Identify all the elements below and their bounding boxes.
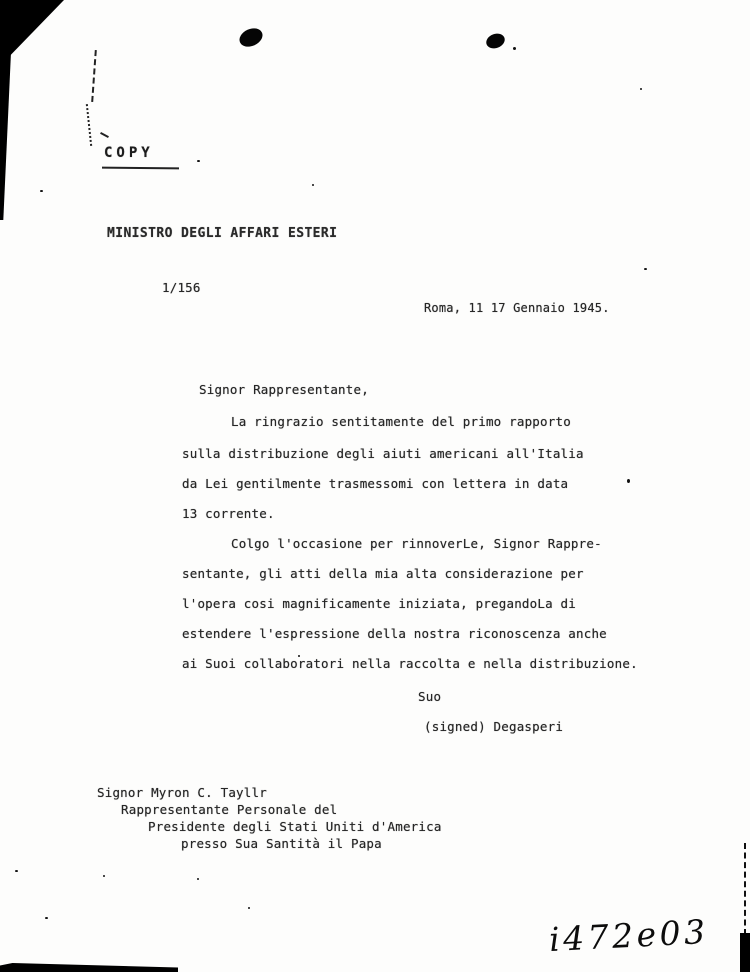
pen-squiggle-mark (100, 132, 109, 138)
body-line: La ringrazio sentitamente del primo rapp… (231, 415, 571, 429)
scan-edge-artifact-right-solid (740, 933, 750, 972)
recipient-line: presso Sua Santità il Papa (181, 837, 382, 851)
scan-speck (197, 878, 199, 880)
body-line: l'opera cosi magnificamente iniziata, pr… (182, 597, 576, 611)
scan-speck (644, 268, 647, 270)
scan-edge-artifact-bottom (0, 962, 178, 972)
body-line: sulla distribuzione degli aiuti american… (182, 447, 584, 461)
pen-squiggle-mark (86, 104, 92, 146)
copy-stamp: COPY (104, 146, 154, 160)
scan-speck (248, 907, 250, 909)
scan-speck (15, 870, 18, 872)
recipient-line: Signor Myron C. Tayllr (97, 786, 267, 800)
punch-hole-mark-right (484, 31, 507, 51)
pen-squiggle-mark (91, 50, 97, 102)
handwritten-archive-code: i472e03 (548, 912, 709, 959)
recipient-line: Rappresentante Personale del (121, 803, 337, 817)
body-line: ai Suoi collaboratori nella raccolta e n… (182, 657, 638, 671)
body-line: 13 corrente. (182, 507, 275, 521)
copy-stamp-underline (102, 167, 179, 170)
salutation: Signor Rappresentante, (199, 383, 369, 397)
body-line: Colgo l'occasione per rinnoverLe, Signor… (231, 537, 602, 551)
scan-speck (197, 160, 200, 162)
scan-speck (103, 875, 105, 877)
scanned-letter-page: COPY MINISTRO DEGLI AFFARI ESTERI 1/156 … (0, 0, 750, 972)
body-line: sentante, gli atti della mia alta consid… (182, 567, 584, 581)
closing-valediction: Suo (418, 690, 441, 704)
scan-speck (312, 184, 314, 186)
body-line: estendere l'espressione della nostra ric… (182, 627, 607, 641)
scan-edge-artifact-right-dashed (744, 843, 746, 935)
scan-speck (627, 479, 630, 483)
scan-speck (513, 47, 516, 50)
scan-speck (40, 190, 43, 192)
protocol-number: 1/156 (162, 281, 201, 295)
scan-edge-artifact-left (0, 52, 11, 220)
dateline: Roma, 11 17 Gennaio 1945. (424, 301, 610, 315)
scan-speck (640, 88, 642, 90)
closing-signature: (signed) Degasperi (424, 720, 563, 734)
letterhead-ministry: MINISTRO DEGLI AFFARI ESTERI (107, 227, 337, 241)
punch-hole-mark-left (237, 25, 266, 50)
recipient-line: Presidente degli Stati Uniti d'America (148, 820, 442, 834)
body-line: da Lei gentilmente trasmessomi con lette… (182, 477, 568, 491)
scan-speck (45, 917, 48, 919)
